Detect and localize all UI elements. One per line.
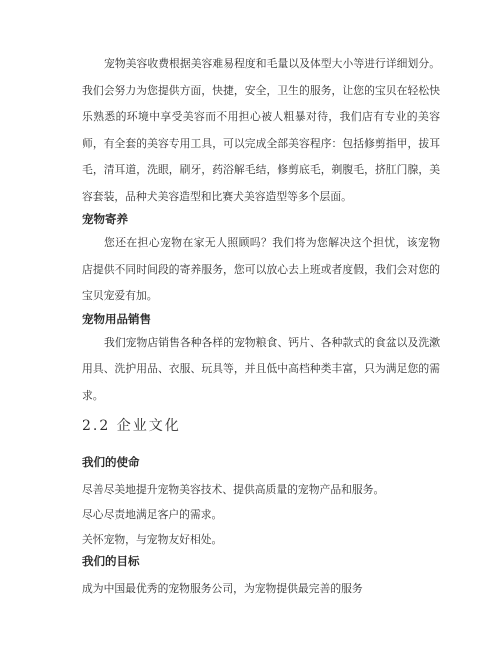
paragraph: 我们宠物店销售各种各样的宠物粮食、钙片、各种款式的食盆以及洗漱用具、洗护用品、衣… (82, 330, 440, 410)
body-line: 我们宠物店销售各种各样的宠物粮食、钙片、各种款式的食盆以及洗漱 (82, 330, 440, 357)
body-line: 求。 (82, 383, 440, 410)
bold-heading: 我们的使命 (82, 454, 440, 470)
body-line: 店提供不同时间段的寄养服务，您可以放心去上班或者度假，我们会对您的 (82, 257, 440, 284)
body-line: 关怀宠物，与宠物友好相处。 (82, 527, 440, 552)
section-heading: 2.2 企业文化 (82, 418, 440, 434)
document-content: 宠物美容收费根据美容难易程度和毛量以及体型大小等进行详细划分。我们会努力为您提供… (82, 48, 440, 601)
body-line: 尽心尽责地满足客户的需求。 (82, 502, 440, 527)
document-page: 宠物美容收费根据美容难易程度和毛量以及体型大小等进行详细划分。我们会努力为您提供… (0, 0, 500, 659)
body-line: 用具、洗护用品、衣服、玩具等，并且低中高档种类丰富，只为满足您的需 (82, 356, 440, 383)
body-line: 我们会努力为您提供方面，快捷，安全，卫生的服务，让您的宝贝在轻松快 (82, 78, 440, 105)
body-line: 宝贝宠爱有加。 (82, 283, 440, 310)
body-line: 宠物美容收费根据美容难易程度和毛量以及体型大小等进行详细划分。 (82, 51, 440, 78)
paragraph: 宠物美容收费根据美容难易程度和毛量以及体型大小等进行详细划分。我们会努力为您提供… (82, 51, 440, 210)
bold-heading: 宠物用品销售 (82, 311, 440, 327)
body-line: 尽善尽美地提升宠物美容技术、提供高质量的宠物产品和服务。 (82, 477, 440, 502)
body-line: 乐熟悉的环境中享受美容而不用担心被人粗暴对待，我们店有专业的美容 (82, 104, 440, 131)
bold-heading: 宠物寄养 (82, 211, 440, 227)
body-line: 毛，清耳道，洗眼，刷牙，药浴解毛结，修剪底毛，剃腹毛，挤肛门腺，美 (82, 157, 440, 184)
bold-heading: 我们的目标 (82, 553, 440, 569)
body-line: 您还在担心宠物在家无人照顾吗？我们将为您解决这个担忧，该宠物 (82, 230, 440, 257)
body-line: 成为中国最优秀的宠物服务公司，为宠物提供最完善的服务 (82, 576, 440, 601)
paragraph: 您还在担心宠物在家无人照顾吗？我们将为您解决这个担忧，该宠物店提供不同时间段的寄… (82, 230, 440, 310)
body-line: 师，有全套的美容专用工具，可以完成全部美容程序：包括修剪指甲，拔耳 (82, 131, 440, 158)
body-line: 容套装，品种犬美容造型和比赛犬美容造型等多个层面。 (82, 184, 440, 211)
lines-group: 尽善尽美地提升宠物美容技术、提供高质量的宠物产品和服务。尽心尽责地满足客户的需求… (82, 477, 440, 552)
lines-group: 成为中国最优秀的宠物服务公司，为宠物提供最完善的服务 (82, 576, 440, 601)
